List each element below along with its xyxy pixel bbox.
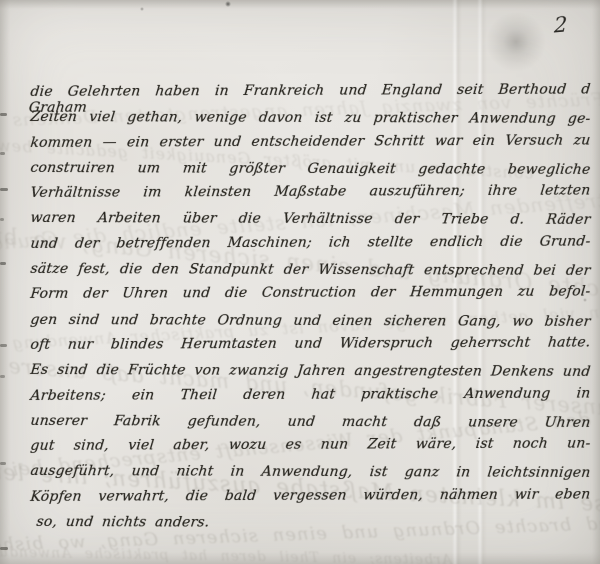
edge-mark <box>0 462 6 465</box>
edge-mark <box>0 344 7 347</box>
handwritten-line: und der betreffenden Maschinen; ich stel… <box>29 233 592 261</box>
handwritten-text-block: die Gelehrten haben in Frankreich und En… <box>30 84 590 539</box>
edge-mark <box>0 113 7 116</box>
handwritten-line: Verhältnisse im kleinsten Maßstabe auszu… <box>29 183 592 211</box>
handwritten-line: Arbeitens; ein Theil deren hat praktisch… <box>29 385 592 413</box>
handwritten-line: gut sind, viel aber, wozu es nun Zeit wä… <box>29 436 592 464</box>
edge-mark <box>0 218 4 221</box>
handwritten-line: Köpfen verwahrt, die bald vergessen würd… <box>29 486 592 514</box>
edge-mark <box>0 188 8 191</box>
handwritten-line: oft nur blindes Herumtasten und Widerspr… <box>29 335 592 363</box>
handwritten-line: kommen — ein erster und entscheidender S… <box>29 132 592 160</box>
bleed-through-line: Arbeitens; ein Theil deren hat praktisch… <box>0 544 452 564</box>
edge-mark <box>0 152 5 155</box>
handwritten-line: die Gelehrten haben in Frankreich und En… <box>29 82 592 110</box>
page-number: 2 <box>553 12 567 37</box>
handwritten-line: Form der Uhren und die Construction der … <box>29 284 592 312</box>
manuscript-scan: Es sind die Früchte von zwanzig Jahren a… <box>0 0 600 564</box>
handwritten-line: so, und nichts anders. <box>29 514 592 541</box>
edge-mark <box>0 375 5 378</box>
edge-mark <box>0 262 6 265</box>
edge-mark <box>0 547 8 550</box>
